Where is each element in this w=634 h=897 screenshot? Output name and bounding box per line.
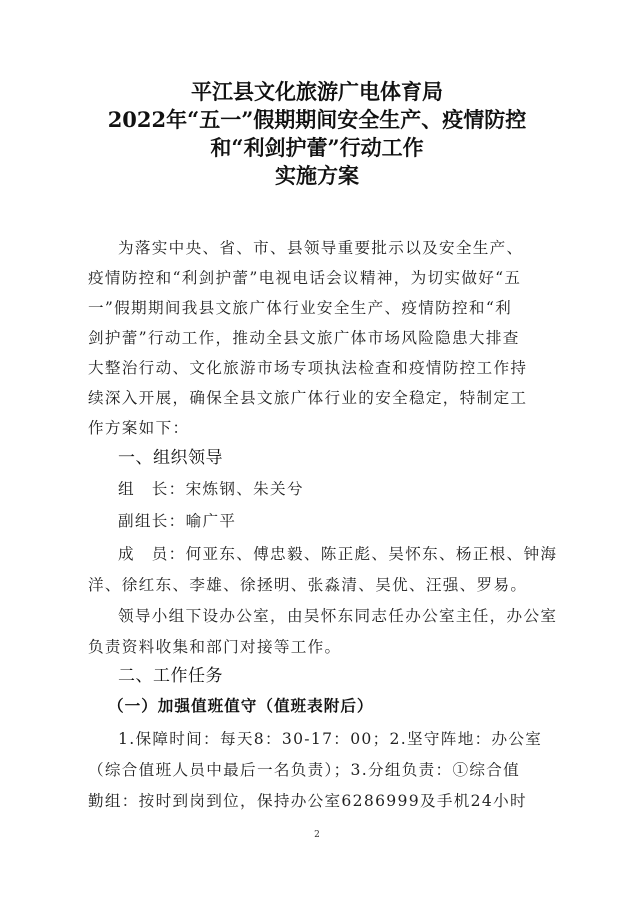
members-line: 成 员：何亚东、傅忠毅、陈正彪、吴怀东、杨正根、钟海: [118, 539, 557, 569]
intro-line: 一”假期期间我县文旅广体行业安全生产、疫情防控和“利: [88, 293, 512, 323]
intro-line: 为落实中央、省、市、县领导重要批示以及安全生产、: [118, 233, 523, 263]
intro-line: 作方案如下：: [88, 413, 189, 443]
title-line-4: 实施方案: [0, 162, 634, 190]
office-line: 负责资料收集和部门对接等工作。: [88, 632, 341, 662]
title-line-2: 2022年“五一”假期期间安全生产、疫情防控: [0, 106, 634, 134]
title-line-1: 平江县文化旅游广电体育局: [0, 78, 634, 106]
section-heading-organization: 一、组织领导: [118, 443, 223, 473]
duty-line: （综合值班人员中最后一名负责）；3.分组负责：①综合值: [88, 755, 520, 785]
deputy-leader-line: 副组长：喻广平: [118, 506, 236, 536]
page-number: 2: [0, 830, 634, 840]
duty-line: 1.保障时间：每天8：30-17：00；2.坚守阵地：办公室: [118, 724, 542, 754]
duty-line: 勤组：按时到岗到位，保持办公室6286999及手机24小时: [88, 786, 527, 816]
section-heading-tasks: 二、工作任务: [118, 661, 223, 691]
title-line-3: 和“利剑护蕾”行动工作: [0, 134, 634, 162]
members-line: 洋、徐红东、李雄、徐拯明、张淼清、吴优、汪强、罗易。: [88, 570, 527, 600]
intro-line: 大整治行动、文化旅游市场专项执法检查和疫情防控工作持: [88, 353, 527, 383]
document-page: 平江县文化旅游广电体育局 2022年“五一”假期期间安全生产、疫情防控 和“利剑…: [0, 0, 634, 897]
intro-line: 剑护蕾”行动工作，推动全县文旅广体市场风险隐患大排查: [88, 323, 520, 353]
subsection-heading-duty: （一）加强值班值守（值班表附后）: [108, 691, 374, 721]
intro-line: 续深入开展，确保全县文旅广体行业的安全稳定，特制定工: [88, 383, 527, 413]
intro-line: 疫情防控和“利剑护蕾”电视电话会议精神，为切实做好“五: [88, 263, 521, 293]
document-title: 平江县文化旅游广电体育局 2022年“五一”假期期间安全生产、疫情防控 和“利剑…: [0, 78, 634, 190]
office-line: 领导小组下设办公室，由吴怀东同志任办公室主任，办公室: [118, 601, 557, 631]
leader-line: 组 长：宋炼钢、朱关兮: [118, 474, 304, 504]
